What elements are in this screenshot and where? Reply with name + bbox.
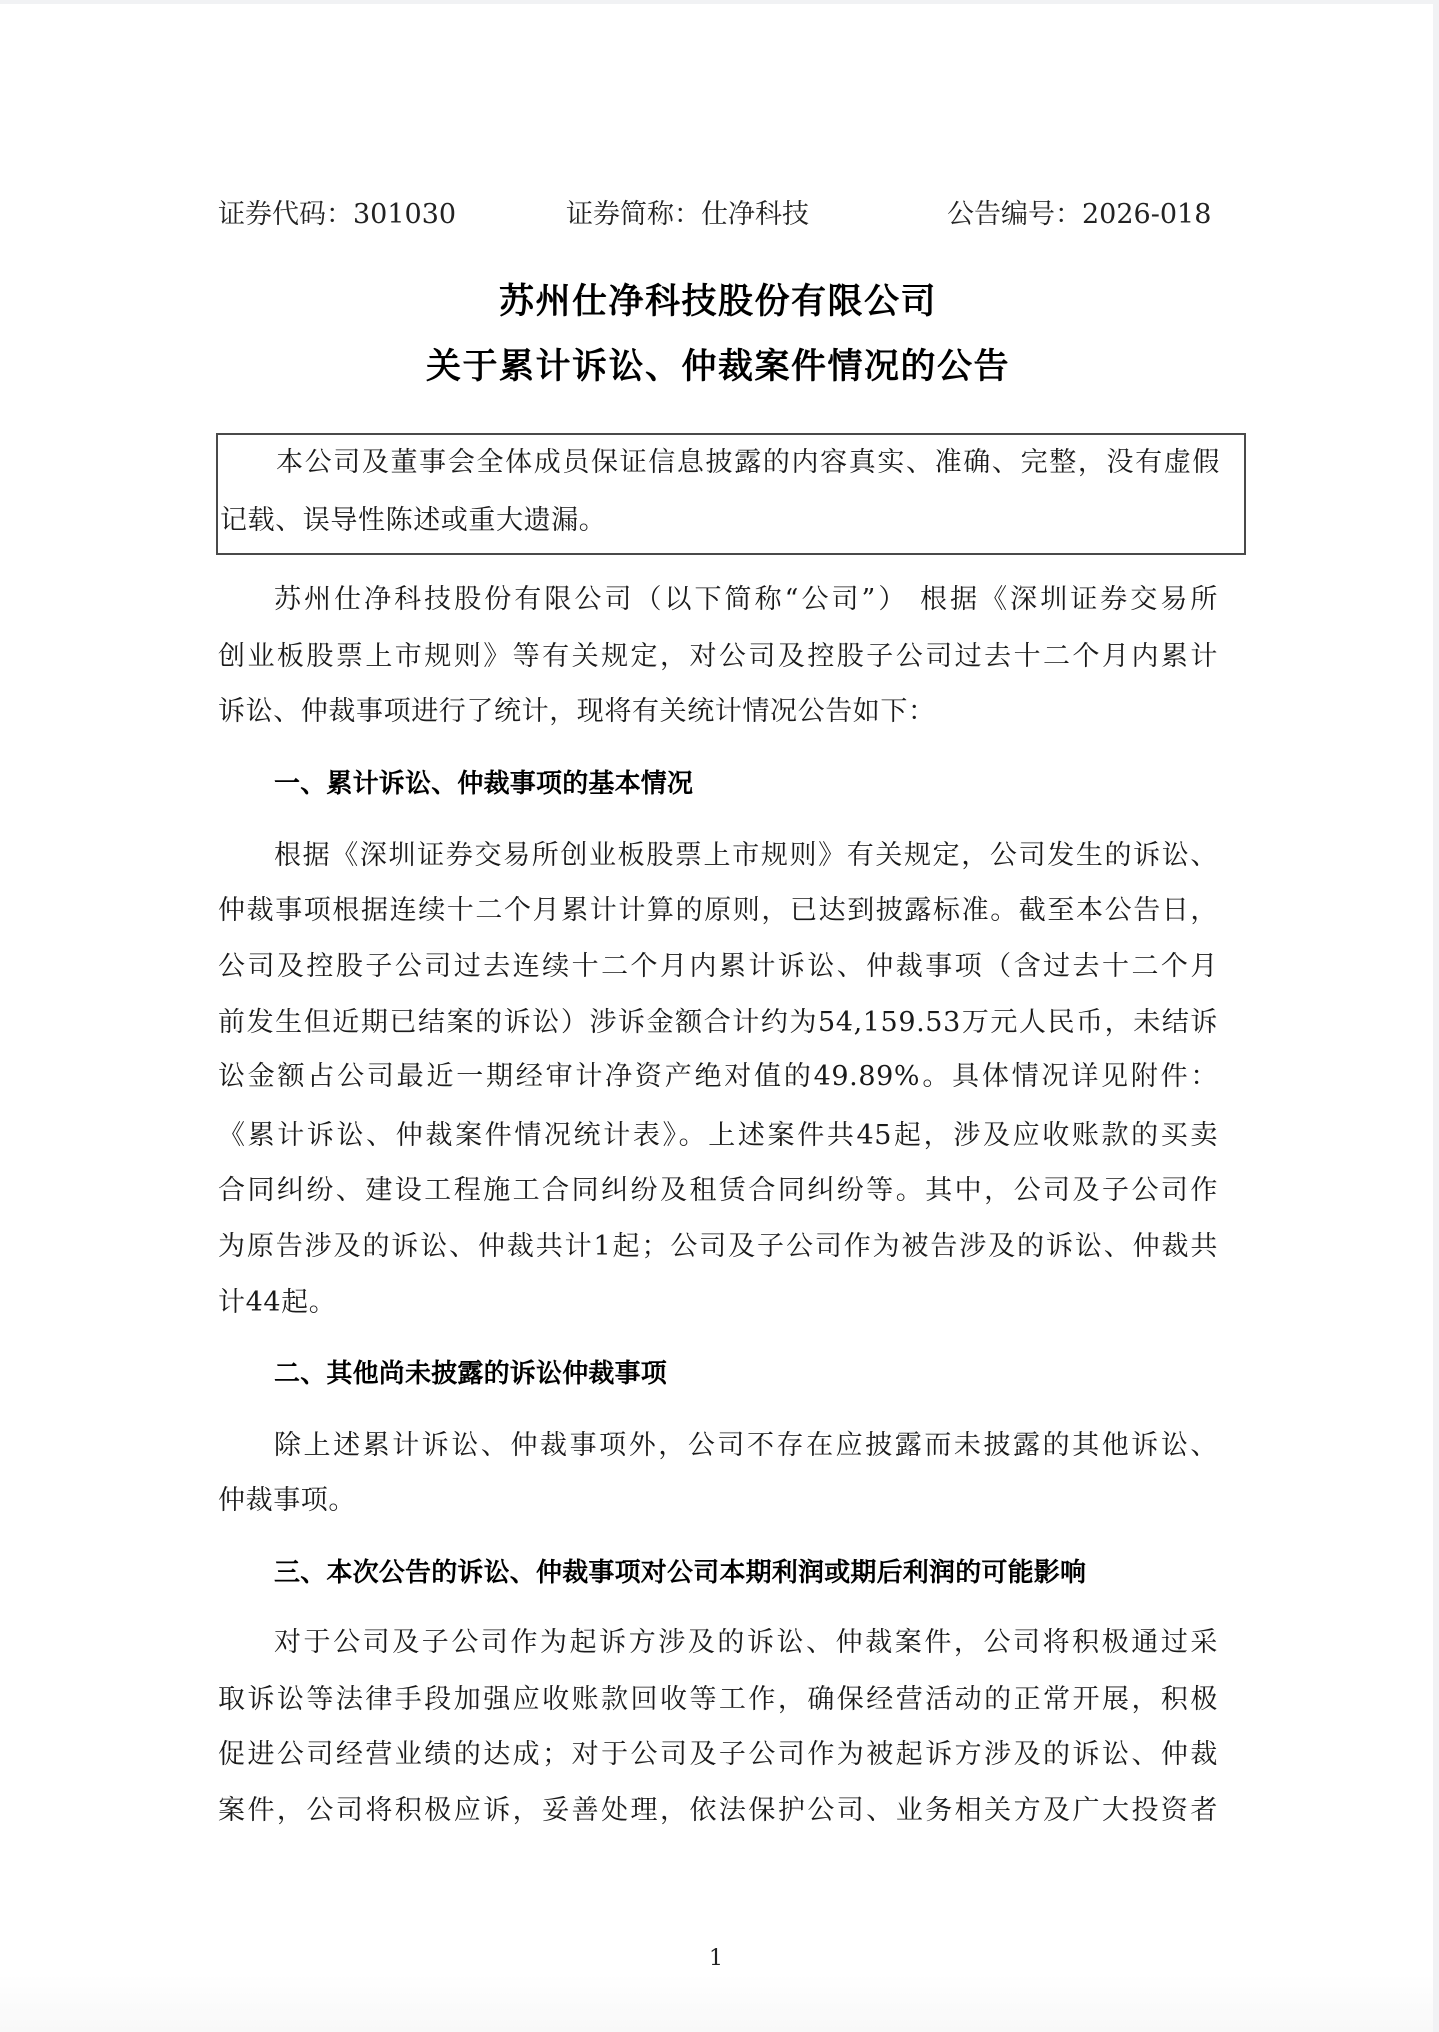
section3-line: 案件，公司将积极应诉，妥善处理，依法保护公司、业务相关方及广大投资者 — [218, 1791, 1218, 1831]
section1-line: 前发生但近期已结案的诉讼）涉诉金额合计约为54,159.53万元人民币，未结诉 — [218, 1003, 1218, 1043]
section-heading-1: 一、累计诉讼、仲裁事项的基本情况 — [274, 764, 1218, 804]
disclaimer-line: 本公司及董事会全体成员保证信息披露的内容真实、准确、完整，没有虚假 — [220, 443, 1220, 483]
section1-line: 根据《深圳证券交易所创业板股票上市规则》有关规定，公司发生的诉讼、 — [218, 836, 1218, 876]
company-name-title: 苏州仕净科技股份有限公司 — [218, 279, 1218, 325]
page-number: 1 — [706, 1944, 726, 1974]
intro-paragraph-line: 创业板股票上市规则》等有关规定，对公司及控股子公司过去十二个月内累计 — [218, 637, 1218, 677]
section1-line: 公司及控股子公司过去连续十二个月内累计诉讼、仲裁事项（含过去十二个月 — [218, 947, 1218, 987]
section3-line: 促进公司经营业绩的达成；对于公司及子公司作为被起诉方涉及的诉讼、仲裁 — [218, 1735, 1218, 1775]
intro-paragraph-line: 苏州仕净科技股份有限公司（以下简称“公司”） 根据《深圳证券交易所 — [218, 580, 1218, 620]
section3-line: 对于公司及子公司作为起诉方涉及的诉讼、仲裁案件，公司将积极通过采 — [218, 1623, 1218, 1663]
disclaimer-line: 记载、误导性陈述或重大遗漏。 — [220, 501, 1220, 541]
document-header: 证券代码：301030 证券简称：仕净科技 公告编号：2026-018 — [218, 195, 1218, 235]
intro-paragraph-line: 诉讼、仲裁事项进行了统计，现将有关统计情况公告如下： — [218, 692, 1218, 732]
section1-line: 为原告涉及的诉讼、仲裁共计1起；公司及子公司作为被告涉及的诉讼、仲裁共 — [218, 1227, 1218, 1267]
section-heading-3: 三、本次公告的诉讼、仲裁事项对公司本期利润或期后利润的可能影响 — [274, 1553, 1218, 1593]
security-code: 证券代码：301030 — [218, 195, 456, 235]
announcement-title: 关于累计诉讼、仲裁案件情况的公告 — [218, 344, 1218, 390]
section-heading-2: 二、其他尚未披露的诉讼仲裁事项 — [274, 1354, 1218, 1394]
section2-line: 除上述累计诉讼、仲裁事项外，公司不存在应披露而未披露的其他诉讼、 — [218, 1426, 1218, 1466]
document-page: 证券代码：301030 证券简称：仕净科技 公告编号：2026-018 苏州仕净… — [0, 4, 1433, 2032]
section1-line: 仲裁事项根据连续十二个月累计计算的原则，已达到披露标准。截至本公告日， — [218, 891, 1218, 931]
security-abbreviation: 证券简称：仕净科技 — [566, 195, 809, 235]
section1-line: 《累计诉讼、仲裁案件情况统计表》。上述案件共45起，涉及应收账款的买卖 — [218, 1116, 1218, 1156]
disclaimer-box: 本公司及董事会全体成员保证信息披露的内容真实、准确、完整，没有虚假 记载、误导性… — [216, 433, 1246, 555]
section1-line: 讼金额占公司最近一期经审计净资产绝对值的49.89%。具体情况详见附件： — [218, 1057, 1218, 1097]
section2-line: 仲裁事项。 — [218, 1481, 1218, 1521]
announcement-number: 公告编号：2026-018 — [947, 195, 1211, 235]
section1-line: 合同纠纷、建设工程施工合同纠纷及租赁合同纠纷等。其中，公司及子公司作 — [218, 1171, 1218, 1211]
section1-line: 计44起。 — [218, 1283, 1218, 1323]
section3-line: 取诉讼等法律手段加强应收账款回收等工作，确保经营活动的正常开展，积极 — [218, 1680, 1218, 1720]
